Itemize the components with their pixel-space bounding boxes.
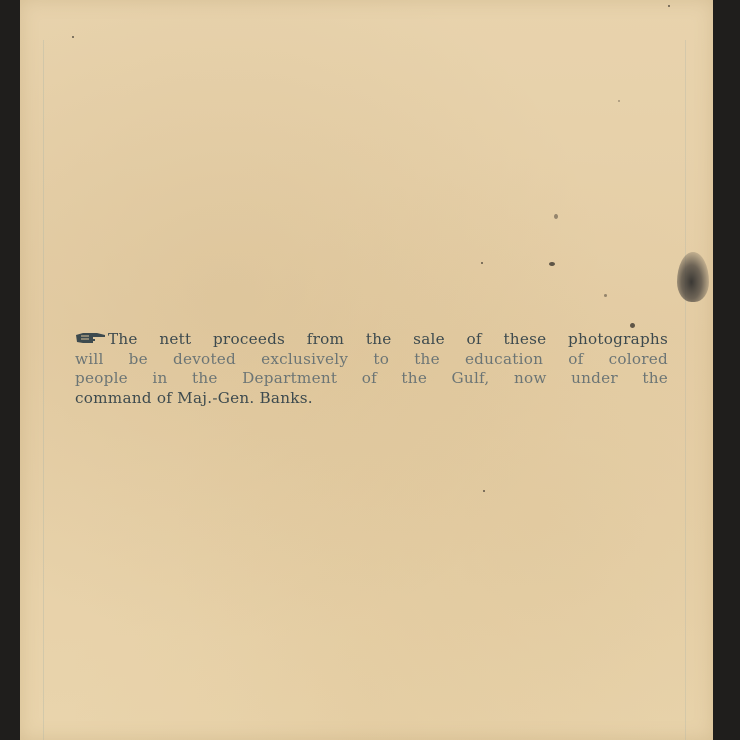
speck bbox=[604, 294, 607, 297]
proceeds-notice: The nett proceeds from the sale of these… bbox=[75, 330, 675, 408]
speck bbox=[630, 323, 635, 328]
speck bbox=[549, 262, 555, 266]
speck bbox=[72, 36, 74, 38]
photo-card-back: The nett proceeds from the sale of these… bbox=[20, 0, 713, 740]
speck bbox=[481, 262, 483, 264]
notice-line-2: will be devoted exclusively to the educa… bbox=[75, 350, 668, 370]
speck bbox=[618, 100, 620, 102]
card-edge-line bbox=[43, 40, 44, 740]
speck bbox=[554, 214, 558, 219]
notice-line-1-text: The nett proceeds from the sale of these… bbox=[108, 330, 668, 348]
manicule-pointing-hand-icon bbox=[75, 331, 107, 345]
notice-line-3: people in the Department of the Gulf, no… bbox=[75, 369, 668, 389]
speck bbox=[483, 490, 485, 492]
notice-line-4: command of Maj.-Gen. Banks. bbox=[75, 389, 668, 409]
speck bbox=[668, 5, 670, 7]
card-edge-line bbox=[685, 40, 686, 740]
notice-line-1: The nett proceeds from the sale of these… bbox=[75, 330, 668, 350]
scan-background: The nett proceeds from the sale of these… bbox=[0, 0, 740, 740]
